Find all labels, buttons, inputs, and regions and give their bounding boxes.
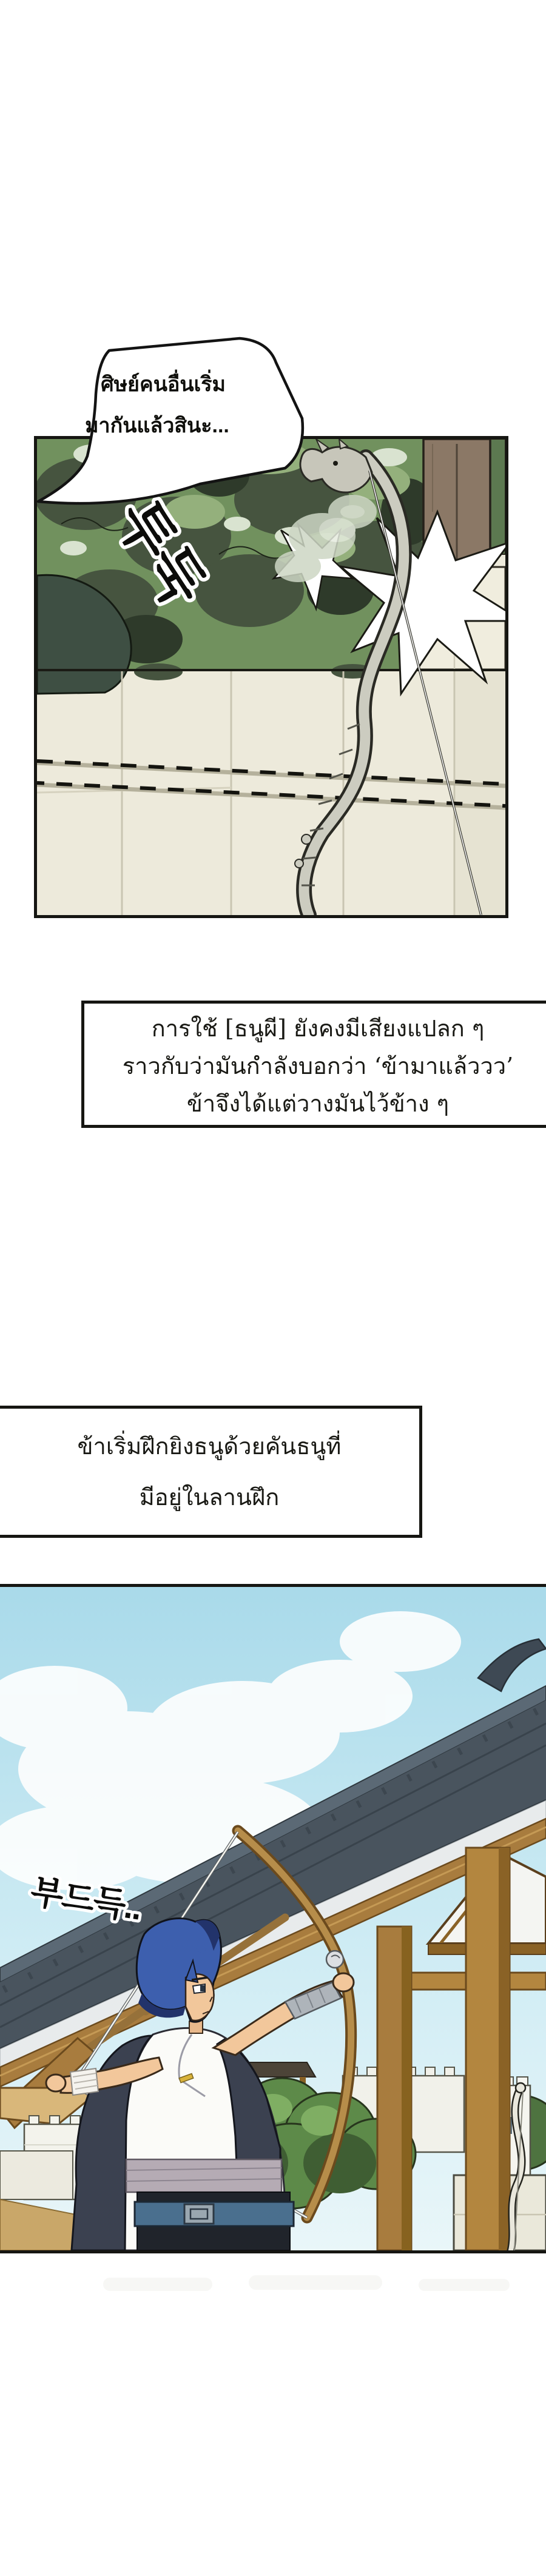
bubble-text-line2: มากันแล้วสินะ... xyxy=(8,409,306,441)
belt-buckle xyxy=(184,2204,214,2224)
bubble-text-line1: ศิษย์คนอื่นเริ่ม xyxy=(15,367,312,400)
smudge xyxy=(103,2278,212,2291)
narration2-line2: มีอยู่ในลานฝึก xyxy=(0,1472,419,1523)
narration2-line1: ข้าเริ่มฝึกยิงธนูด้วยคันธนูที่ xyxy=(0,1421,419,1472)
narration-box-2: ข้าเริ่มฝึกยิงธนูด้วยคันธนูที่ มีอยู่ในล… xyxy=(0,1406,422,1538)
wall-shade xyxy=(456,671,505,915)
grip-ornament xyxy=(326,1951,343,1968)
right-hand xyxy=(333,1973,354,1991)
speech-bubble: ศิษย์คนอื่นเริ่ม มากันแล้วสินะ... xyxy=(18,327,315,528)
compression-smudges xyxy=(103,2273,516,2301)
panel-archer: 부드득.. xyxy=(0,1584,546,2253)
left-hand xyxy=(46,2075,66,2091)
narration1-line2: ราวกับว่ามันกำลังบอกว่า ‘ข้ามาแล้ววว’ xyxy=(84,1047,546,1085)
narration1-line3: ข้าจึงได้แต่วางมันไว้ข้าง ๆ xyxy=(84,1085,546,1122)
narration-box-1: การใช้ [ธนูผี] ยังคงมีเสียงแปลก ๆ ราวกับ… xyxy=(81,1001,546,1128)
smudge xyxy=(419,2279,510,2291)
panel2-artwork: 부드득.. xyxy=(0,1587,546,2250)
waist-sash xyxy=(126,2159,281,2192)
webtoon-page: 투둑 ศิษย์คนอื่นเริ่ม มากันแล้วสินะ... การ… xyxy=(0,0,546,2576)
smudge xyxy=(249,2275,382,2290)
narration1-line1: การใช้ [ธนูผี] ยังคงมีเสียงแปลก ๆ xyxy=(84,1010,546,1047)
